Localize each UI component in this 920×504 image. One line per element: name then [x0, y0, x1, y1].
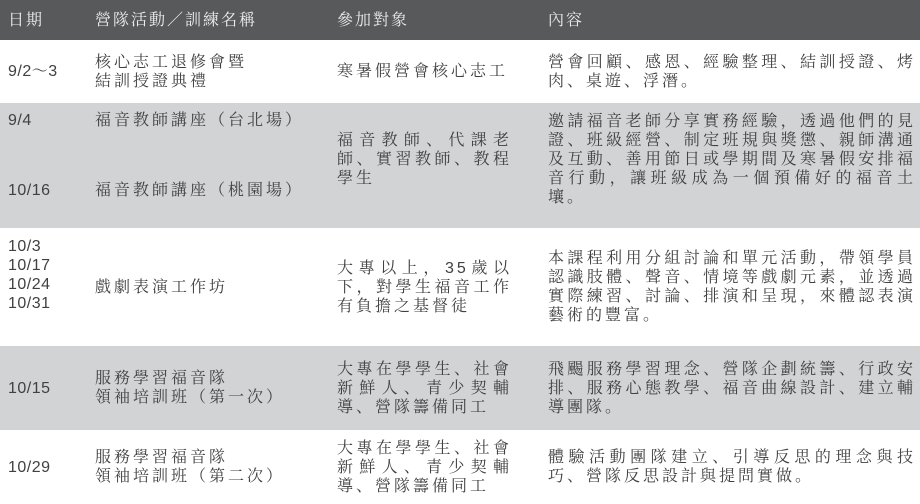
date-cell: 9/4 10/16 [8, 103, 95, 228]
header-participants-label: 參加對象 [337, 11, 548, 30]
content-cell: 營會回顧、感恩、經驗整理、結訓授證、烤肉、桌遊、浮潛。 [548, 40, 920, 103]
date-cell: 10/29 [8, 430, 95, 504]
header-participants: 參加對象 [337, 0, 548, 40]
participants-text: 大專在學學生、社會新鮮人、青少契輔導、營隊籌備同工 [337, 360, 512, 417]
activity-name: 戲劇表演工作坊 [95, 278, 329, 297]
content-text: 飛颺服務學習理念、營隊企劃統籌、行政安排、服務心態教學、福音曲線設計、建立輔導團… [548, 360, 916, 417]
participants-cell: 福音教師、代課老師、實習教師、教程學生 [337, 103, 548, 228]
header-content-label: 內容 [548, 11, 920, 30]
date-value: 10/16 [8, 181, 95, 200]
activity-cell: 服務學習福音隊 領袖培訓班（第二次） [95, 430, 337, 504]
participants-cell: 大專以上，35歲以下，對學生福音工作有負擔之基督徒 [337, 228, 548, 346]
participants-text: 寒暑假營會核心志工 [337, 62, 512, 81]
content-text: 營會回顧、感恩、經驗整理、結訓授證、烤肉、桌遊、浮潛。 [548, 53, 916, 91]
date-value: 10/31 [8, 294, 95, 313]
table-row: 9/4 10/16 福音教師講座（台北場） 福音教師講座（桃園場） 福音教師、代… [0, 103, 920, 228]
activity-name: 服務學習福音隊 領袖培訓班（第一次） [95, 369, 329, 407]
date-value: 10/17 [8, 256, 95, 275]
header-date-label: 日期 [8, 11, 95, 30]
date-value: 9/4 [8, 111, 95, 130]
activity-cell: 戲劇表演工作坊 [95, 228, 337, 346]
table-header-row: 日期 營隊活動／訓練名稱 參加對象 內容 [0, 0, 920, 40]
date-value: 10/29 [8, 458, 95, 477]
activity-name: 福音教師講座（台北場） [95, 111, 329, 130]
training-schedule-table: 日期 營隊活動／訓練名稱 參加對象 內容 9/2～3 核心志工退修會暨 結訓授證… [0, 0, 920, 504]
participants-text: 大專以上，35歲以下，對學生福音工作有負擔之基督徒 [337, 259, 512, 316]
participants-cell: 大專在學學生、社會新鮮人、青少契輔導、營隊籌備同工 [337, 430, 548, 504]
activity-cell: 服務學習福音隊 領袖培訓班（第一次） [95, 346, 337, 430]
content-cell: 體驗活動團隊建立、引導反思的理念與技巧、營隊反思設計與提問實做。 [548, 430, 920, 504]
participants-text: 大專在學學生、社會新鮮人、青少契輔導、營隊籌備同工 [337, 439, 512, 496]
participants-cell: 大專在學學生、社會新鮮人、青少契輔導、營隊籌備同工 [337, 346, 548, 430]
date-cell: 9/2～3 [8, 40, 95, 103]
content-cell: 本課程利用分組討論和單元活動，帶領學員認識肢體、聲音、情境等戲劇元素，並透過實際… [548, 228, 920, 346]
header-date: 日期 [8, 0, 95, 40]
date-value: 9/2～3 [8, 62, 95, 81]
header-content: 內容 [548, 0, 920, 40]
activity-name: 核心志工退修會暨 結訓授證典禮 [95, 53, 329, 91]
content-text: 本課程利用分組討論和單元活動，帶領學員認識肢體、聲音、情境等戲劇元素，並透過實際… [548, 249, 916, 325]
date-value: 10/3 [8, 237, 95, 256]
content-cell: 邀請福音老師分享實務經驗，透過他們的見證、班級經營、制定班規與獎懲、親師溝通及互… [548, 103, 920, 228]
date-value: 10/24 [8, 275, 95, 294]
table-row: 10/29 服務學習福音隊 領袖培訓班（第二次） 大專在學學生、社會新鮮人、青少… [0, 430, 920, 504]
activity-cell: 核心志工退修會暨 結訓授證典禮 [95, 40, 337, 103]
table-row: 10/15 服務學習福音隊 領袖培訓班（第一次） 大專在學學生、社會新鮮人、青少… [0, 346, 920, 430]
content-cell: 飛颺服務學習理念、營隊企劃統籌、行政安排、服務心態教學、福音曲線設計、建立輔導團… [548, 346, 920, 430]
participants-text: 福音教師、代課老師、實習教師、教程學生 [337, 131, 512, 188]
content-text: 體驗活動團隊建立、引導反思的理念與技巧、營隊反思設計與提問實做。 [548, 448, 916, 486]
date-value: 10/15 [8, 379, 95, 398]
participants-cell: 寒暑假營會核心志工 [337, 40, 548, 103]
header-activity: 營隊活動／訓練名稱 [95, 0, 337, 40]
table-row: 10/3 10/17 10/24 10/31 戲劇表演工作坊 大專以上，35歲以… [0, 228, 920, 346]
date-cell: 10/3 10/17 10/24 10/31 [8, 228, 95, 346]
activity-name: 福音教師講座（桃園場） [95, 181, 329, 200]
header-activity-label: 營隊活動／訓練名稱 [95, 11, 337, 30]
content-text: 邀請福音老師分享實務經驗，透過他們的見證、班級經營、制定班規與獎懲、親師溝通及互… [548, 112, 916, 207]
activity-cell: 福音教師講座（台北場） 福音教師講座（桃園場） [95, 103, 337, 228]
date-cell: 10/15 [8, 346, 95, 430]
table-row: 9/2～3 核心志工退修會暨 結訓授證典禮 寒暑假營會核心志工 營會回顧、感恩、… [0, 40, 920, 103]
activity-name: 服務學習福音隊 領袖培訓班（第二次） [95, 448, 329, 486]
